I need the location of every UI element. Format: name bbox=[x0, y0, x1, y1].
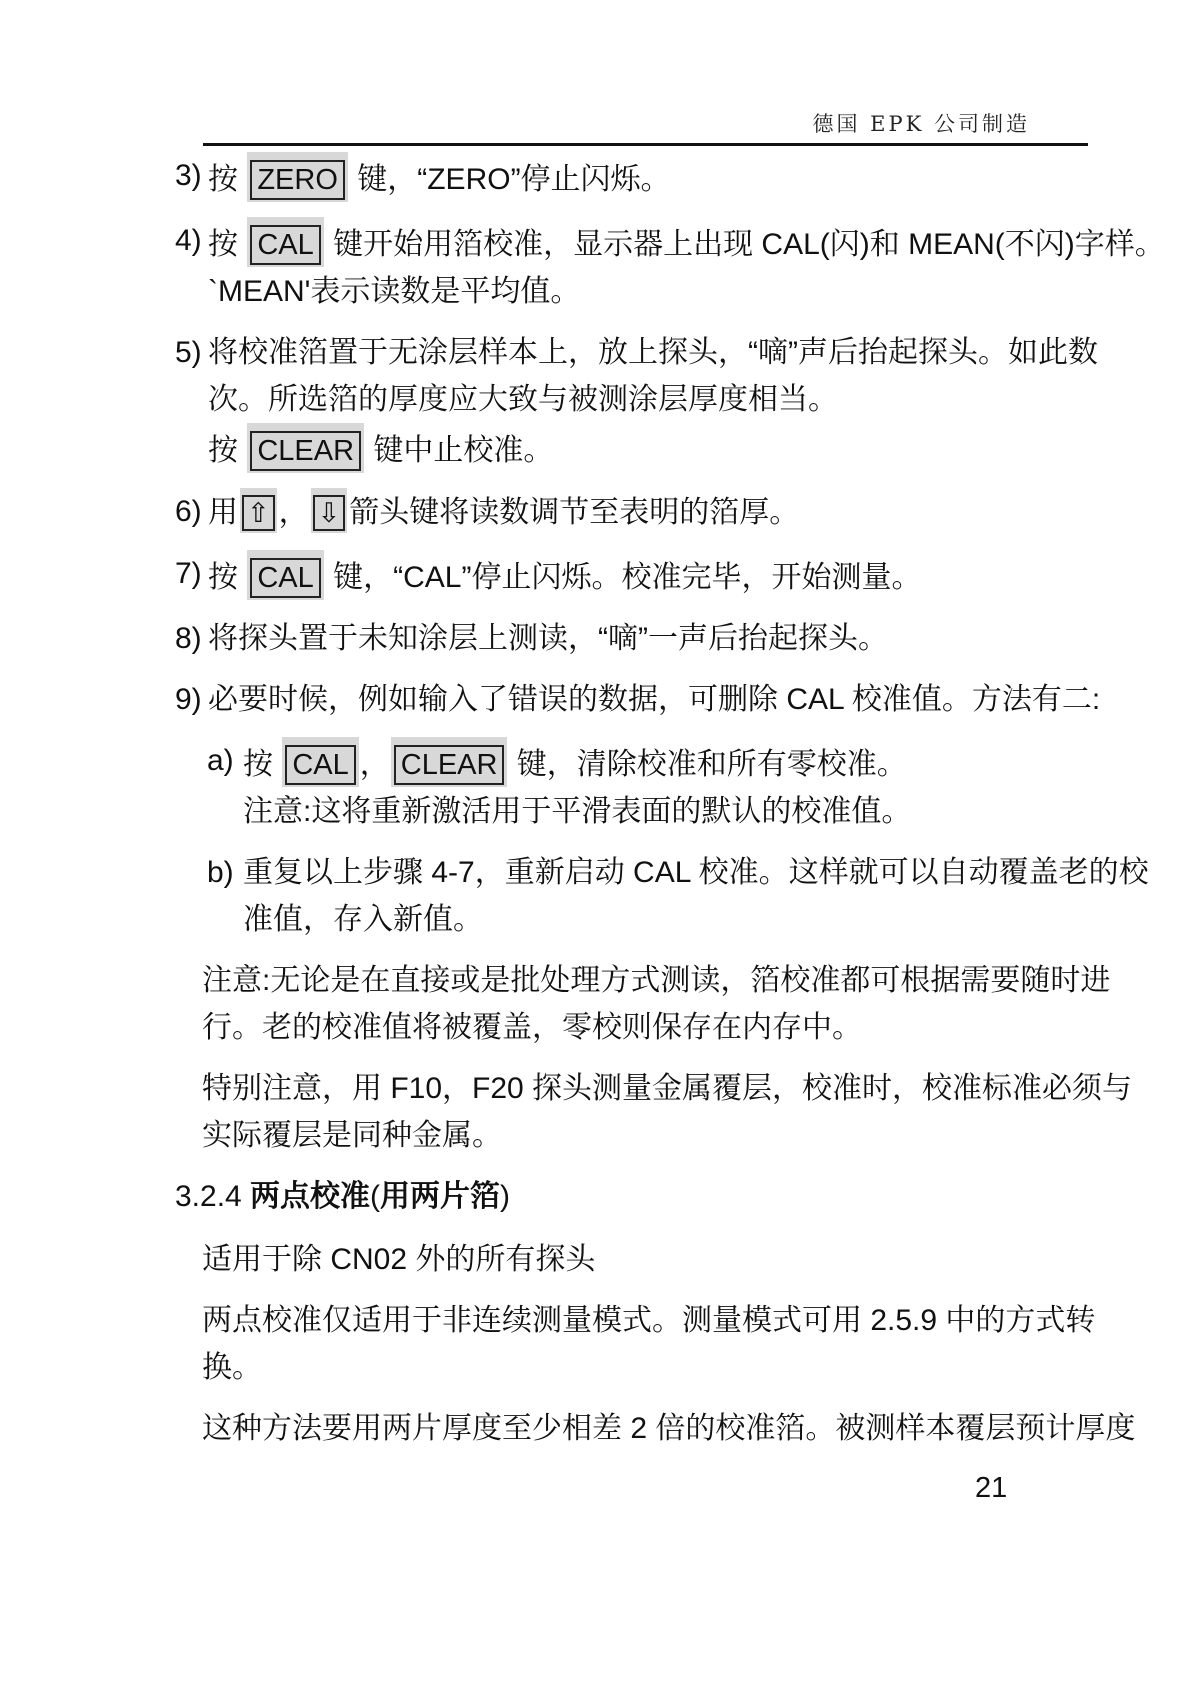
para-10: 特别注意，用 F10，F20 探头测量金属覆层，校准时，校准标准必须与实际覆层是… bbox=[175, 1065, 1075, 1159]
bold-text: 两点校准 bbox=[250, 1180, 370, 1213]
text-line: 按 CLEAR 键中止校准。 bbox=[208, 423, 1075, 474]
text-line: 准值，存入新值。 bbox=[243, 896, 1075, 943]
sub-marker-b: b) bbox=[207, 849, 234, 896]
down-arrow-key: ⇩ bbox=[311, 488, 348, 533]
content: 3)按 ZERO 键，“ZERO”停止闪烁。4)按 CAL 键开始用箔校准，显示… bbox=[175, 152, 1075, 1466]
text-line: 将校准箔置于无涂层样本上，放上探头，“嘀”声后抬起探头。如此数 bbox=[208, 329, 1075, 376]
clear-key: CLEAR bbox=[247, 423, 364, 473]
text-line: 特别注意，用 F10，F20 探头测量金属覆层，校准时，校准标准必须与 bbox=[202, 1065, 1075, 1112]
text-line: 实际覆层是同种金属。 bbox=[202, 1112, 1075, 1159]
item-8: 8)将探头置于未知涂层上测读，“嘀”一声后抬起探头。 bbox=[175, 615, 1075, 662]
text-line: 行。老的校准值将被覆盖，零校则保存在内存中。 bbox=[202, 1004, 1075, 1051]
text-line: 按 CAL，CLEAR 键，清除校准和所有零校准。 bbox=[243, 737, 1075, 788]
item-marker-7: 7) bbox=[175, 550, 202, 597]
clear-key-label: CLEAR bbox=[250, 431, 361, 471]
sub-marker-a: a) bbox=[207, 737, 234, 784]
text-line: 按 CAL 键开始用箔校准，显示器上出现 CAL(闪)和 MEAN(不闪)字样。 bbox=[208, 217, 1075, 268]
text-line: 这种方法要用两片厚度至少相差 2 倍的校准箔。被测样本覆层预计厚度 bbox=[202, 1405, 1075, 1452]
item-marker-8: 8) bbox=[175, 615, 202, 662]
cal-key-label: CAL bbox=[285, 745, 355, 785]
heading-3.2.4: 3.2.4两点校准(用两片箔) bbox=[175, 1173, 1075, 1220]
item-marker-4: 4) bbox=[175, 217, 202, 264]
page-header-title: 德国 EPK 公司制造 bbox=[813, 108, 1031, 138]
text-line: 按 ZERO 键，“ZERO”停止闪烁。 bbox=[208, 152, 1075, 203]
document-page: 德国 EPK 公司制造 3)按 ZERO 键，“ZERO”停止闪烁。4)按 CA… bbox=[0, 0, 1199, 1697]
item-marker-9: 9) bbox=[175, 676, 202, 723]
down-arrow-icon: ⇩ bbox=[313, 495, 346, 531]
bold-text: 用两片箔 bbox=[380, 1180, 500, 1213]
cal-key-label: CAL bbox=[250, 225, 320, 265]
text-line: 重复以上步骤 4-7，重新启动 CAL 校准。这样就可以自动覆盖老的校 bbox=[243, 849, 1075, 896]
text-line: 适用于除 CN02 外的所有探头 bbox=[202, 1236, 1075, 1283]
item-6: 6)用⇧，⇩箭头键将读数调节至表明的箔厚。 bbox=[175, 488, 1075, 536]
page-number: 21 bbox=[975, 1472, 1007, 1505]
text-line: 两点校准(用两片箔) bbox=[250, 1173, 1075, 1220]
sub-a: a)按 CAL，CLEAR 键，清除校准和所有零校准。注意:这将重新激活用于平滑… bbox=[175, 737, 1075, 835]
cal-key: CAL bbox=[247, 217, 323, 267]
para-12: 适用于除 CN02 外的所有探头 bbox=[175, 1236, 1075, 1283]
para-13: 两点校准仅适用于非连续测量模式。测量模式可用 2.5.9 中的方式转换。 bbox=[175, 1297, 1075, 1391]
text-line: 按 CAL 键，“CAL”停止闪烁。校准完毕，开始测量。 bbox=[208, 550, 1075, 601]
para-14: 这种方法要用两片厚度至少相差 2 倍的校准箔。被测样本覆层预计厚度 bbox=[175, 1405, 1075, 1452]
item-9: 9)必要时候，例如输入了错误的数据，可删除 CAL 校准值。方法有二: bbox=[175, 676, 1075, 723]
text-line: 注意:这将重新激活用于平滑表面的默认的校准值。 bbox=[243, 788, 1075, 835]
text-line: 次。所选箔的厚度应大致与被测涂层厚度相当。 bbox=[208, 376, 1075, 423]
item-3: 3)按 ZERO 键，“ZERO”停止闪烁。 bbox=[175, 152, 1075, 203]
text-line: 将探头置于未知涂层上测读，“嘀”一声后抬起探头。 bbox=[208, 615, 1075, 662]
item-marker-5: 5) bbox=[175, 329, 202, 376]
clear-key-label: CLEAR bbox=[394, 745, 505, 785]
item-marker-3: 3) bbox=[175, 152, 202, 199]
item-7: 7)按 CAL 键，“CAL”停止闪烁。校准完毕，开始测量。 bbox=[175, 550, 1075, 601]
cal-key: CAL bbox=[247, 550, 323, 600]
cal-key: CAL bbox=[282, 737, 358, 787]
sub-b: b)重复以上步骤 4-7，重新启动 CAL 校准。这样就可以自动覆盖老的校准值，… bbox=[175, 849, 1075, 943]
header-rule bbox=[203, 143, 1088, 146]
up-arrow-key: ⇧ bbox=[240, 488, 277, 533]
text-line: 注意:无论是在直接或是批处理方式测读，箔校准都可根据需要随时进 bbox=[202, 957, 1075, 1004]
text-line: 两点校准仅适用于非连续测量模式。测量模式可用 2.5.9 中的方式转 bbox=[202, 1297, 1075, 1344]
cal-key-label: CAL bbox=[250, 558, 320, 598]
para-9: 注意:无论是在直接或是批处理方式测读，箔校准都可根据需要随时进行。老的校准值将被… bbox=[175, 957, 1075, 1051]
up-arrow-icon: ⇧ bbox=[242, 495, 275, 531]
heading-marker-3.2.4: 3.2.4 bbox=[175, 1173, 242, 1220]
item-4: 4)按 CAL 键开始用箔校准，显示器上出现 CAL(闪)和 MEAN(不闪)字… bbox=[175, 217, 1075, 315]
item-marker-6: 6) bbox=[175, 488, 202, 535]
zero-key: ZERO bbox=[247, 152, 348, 202]
text-line: 用⇧，⇩箭头键将读数调节至表明的箔厚。 bbox=[208, 488, 1075, 536]
zero-key-label: ZERO bbox=[250, 160, 345, 200]
text-line: 换。 bbox=[202, 1344, 1075, 1391]
text-line: `MEAN'表示读数是平均值。 bbox=[208, 268, 1075, 315]
item-5: 5)将校准箔置于无涂层样本上，放上探头，“嘀”声后抬起探头。如此数次。所选箔的厚… bbox=[175, 329, 1075, 474]
text-line: 必要时候，例如输入了错误的数据，可删除 CAL 校准值。方法有二: bbox=[208, 676, 1075, 723]
clear-key: CLEAR bbox=[391, 737, 508, 787]
